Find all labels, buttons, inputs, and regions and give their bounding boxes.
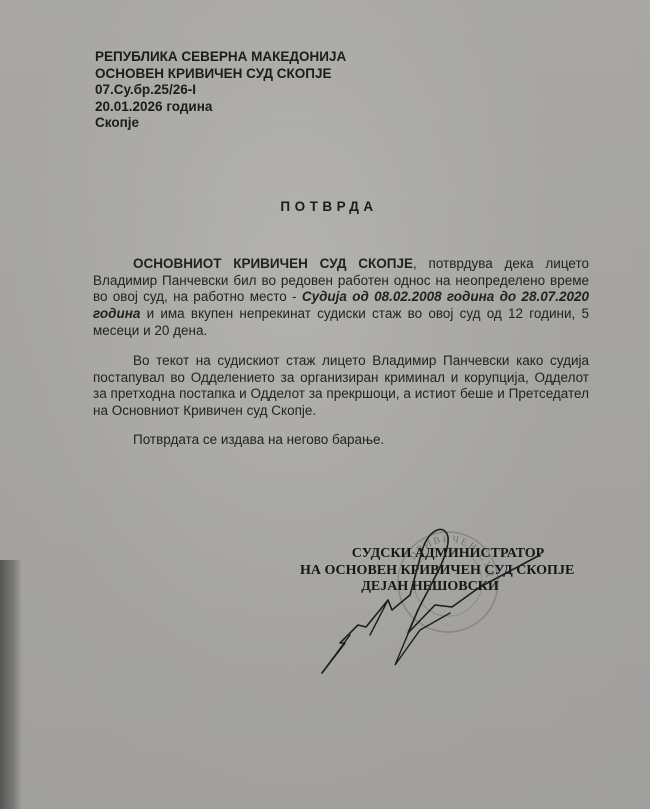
document-header: РЕПУБЛИКА СЕВЕРНА МАКЕДОНИЈА ОСНОВЕН КРИ… bbox=[95, 49, 346, 132]
header-country: РЕПУБЛИКА СЕВЕРНА МАКЕДОНИЈА bbox=[95, 49, 346, 66]
header-city: Скопје bbox=[95, 115, 346, 132]
paragraph-1-text-b: и има вкупен непрекинат судиски стаж во … bbox=[93, 306, 589, 338]
court-name: ОСНОВНИОТ КРИВИЧЕН СУД СКОПЈЕ bbox=[133, 256, 413, 271]
handwritten-signature bbox=[300, 515, 550, 685]
paragraph-issuance: Потврдата се издава на негово барање. bbox=[93, 432, 589, 449]
paragraph-confirmation: ОСНОВНИОТ КРИВИЧЕН СУД СКОПЈЕ, потврдува… bbox=[93, 256, 589, 340]
header-date: 20.01.2026 година bbox=[95, 99, 346, 116]
paragraph-3-text: Потврдата се издава на негово барање. bbox=[133, 432, 384, 447]
paragraph-2-text: Во текот на судискиот стаж лицето Владим… bbox=[93, 353, 589, 418]
document-title: ПОТВРДА bbox=[0, 199, 650, 214]
header-reference-number: 07.Су.бр.25/26-I bbox=[95, 82, 346, 99]
header-institution: ОСНОВЕН КРИВИЧЕН СУД СКОПЈЕ bbox=[95, 66, 346, 83]
paragraph-service-details: Во текот на судискиот стаж лицето Владим… bbox=[93, 353, 589, 420]
edge-shadow bbox=[0, 560, 22, 809]
